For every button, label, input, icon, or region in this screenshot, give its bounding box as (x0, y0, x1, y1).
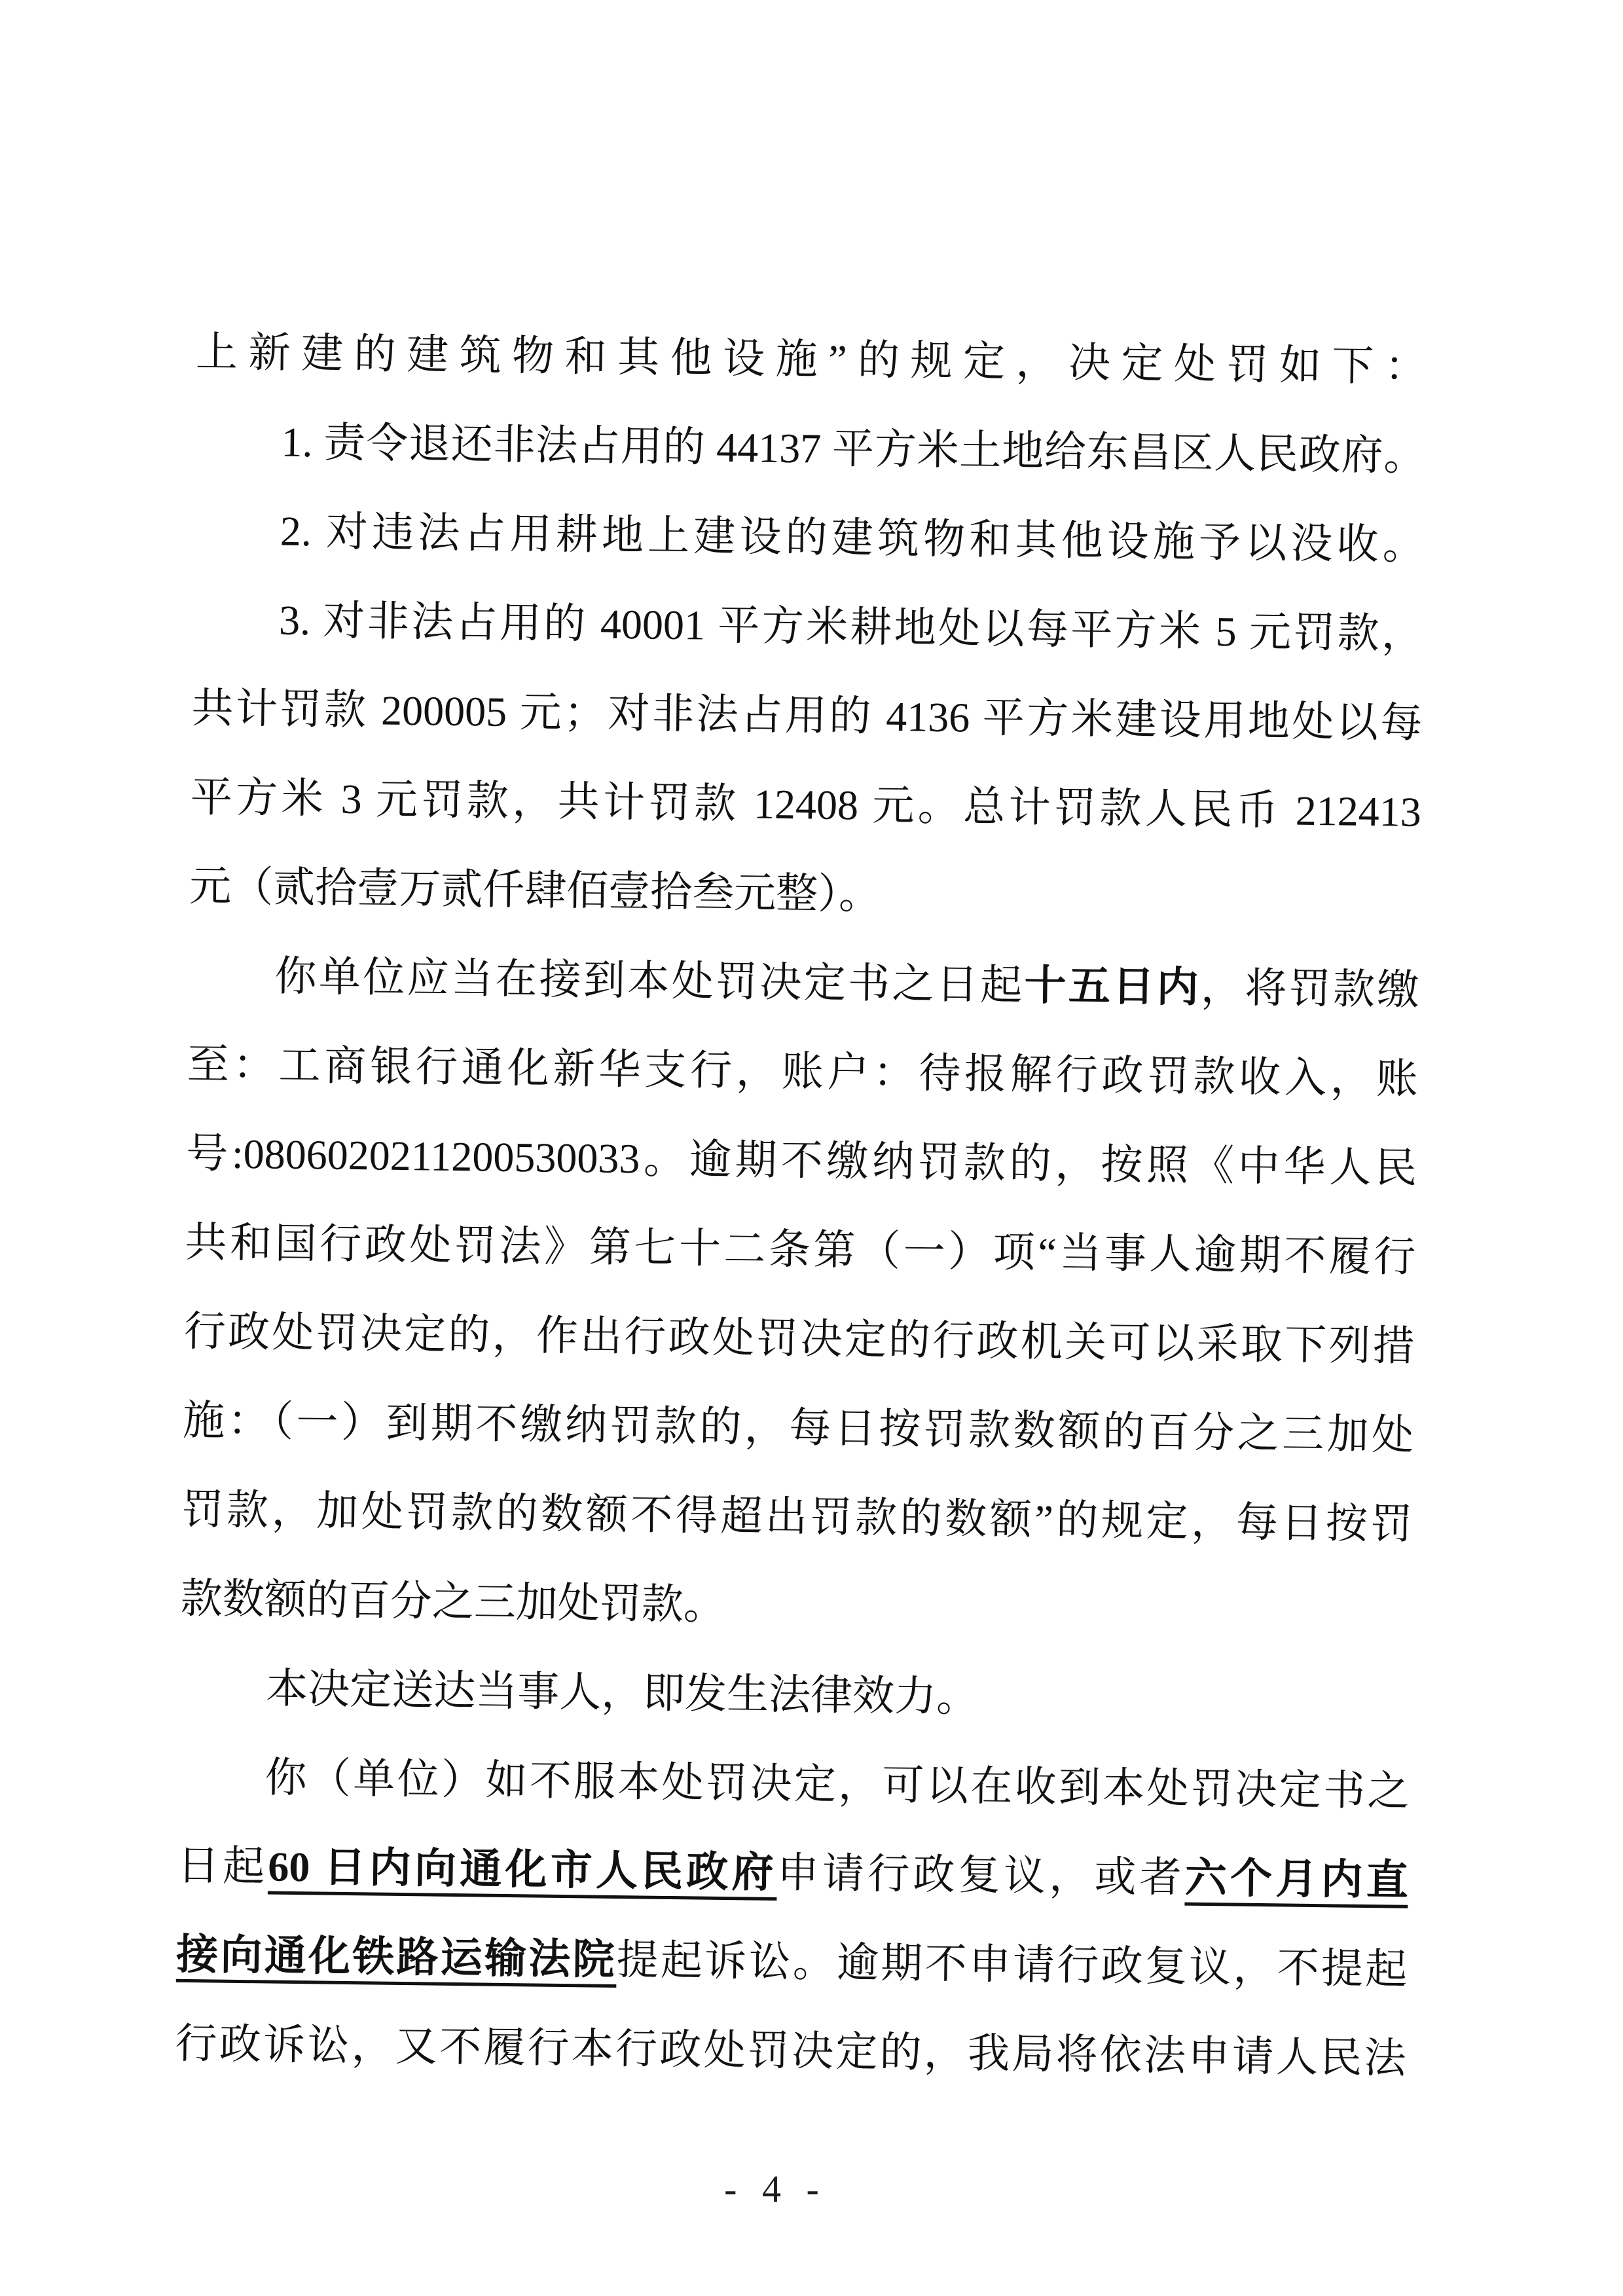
text-line: 3. 对非法占用的 40001 平方米耕地处以每平方米 5 元罚款， (192, 575, 1424, 679)
text-line: 日起60 日内向通化市人民政府申请行政复议，或者六个月内直 (177, 1821, 1409, 1925)
text-line: 你（单位）如不服本处罚决定，可以在收到本处罚决定书之 (178, 1732, 1410, 1836)
text-line: 行政诉讼，又不履行本行政处罚决定的，我局将依法申请人民法 (175, 1999, 1407, 2104)
text-segment: 行政诉讼，又不履行本行政处罚决定的，我局将依法申请人民法 (175, 2020, 1406, 2082)
emphasized-text: 十五日内 (1024, 962, 1201, 1011)
text-line: 元（贰拾壹万贰仟肆佰壹拾叁元整）。 (189, 842, 1421, 946)
text-segment: 申请行政复议，或者 (776, 1850, 1185, 1901)
scanned-document-page: 上新建的建筑物和其他设施”的规定，决定处罚如下：1. 责令退还非法占用的 441… (0, 0, 1623, 2296)
text-line: 平方米 3 元罚款，共计罚款 12408 元。总计罚款人民币 212413 (190, 753, 1422, 857)
text-segment: ，将罚款缴 (1201, 964, 1419, 1013)
text-segment: 本决定送达当事人，即发生法律效力。 (266, 1665, 979, 1720)
text-segment: 行政处罚决定的，作出行政处罚决定的行政机关可以采取下列措 (183, 1308, 1415, 1370)
text-line: 本决定送达当事人，即发生法律效力。 (179, 1643, 1411, 1747)
text-segment: 你（单位）如不服本处罚决定，可以在收到本处罚决定书之 (264, 1754, 1410, 1814)
text-line: 罚款，加处罚款的数额不得超出罚款的数额”的规定，每日按罚 (181, 1465, 1413, 1569)
page-number: - 4 - (0, 2167, 1551, 2211)
text-segment: 共和国行政处罚法》第七十二条第（一）项“当事人逾期不履行 (185, 1219, 1416, 1281)
text-segment: 号:0806020211200530033。逾期不缴纳罚款的，按照《中华人民 (186, 1130, 1417, 1192)
emphasized-text: 六个月内直 (1184, 1855, 1408, 1904)
text-segment: 提起诉讼。逾期不申请行政复议，不提起 (616, 1937, 1407, 1993)
text-segment: 款数额的百分之三加处罚款。 (180, 1575, 725, 1628)
text-line: 施：（一）到期不缴纳罚款的，每日按罚款数额的百分之三加处 (182, 1376, 1414, 1480)
emphasized-text: 接向通化铁路运输法院 (176, 1931, 617, 1983)
text-segment: 共计罚款 200005 元；对非法占用的 4136 平方米建设用地处以每 (191, 685, 1423, 746)
document-body: 上新建的建筑物和其他设施”的规定，决定处罚如下：1. 责令退还非法占用的 441… (175, 308, 1427, 2104)
emphasized-text: 60 日内向通化市人民政府 (268, 1844, 777, 1896)
text-line: 共和国行政处罚法》第七十二条第（一）项“当事人逾期不履行 (185, 1198, 1417, 1302)
text-segment: 上新建的建筑物和其他设施”的规定，决定处罚如下： (196, 329, 1427, 390)
text-line: 共计罚款 200005 元；对非法占用的 4136 平方米建设用地处以每 (191, 664, 1423, 768)
text-segment: 施：（一）到期不缴纳罚款的，每日按罚款数额的百分之三加处 (183, 1397, 1414, 1459)
text-line: 行政处罚决定的，作出行政处罚决定的行政机关可以采取下列措 (183, 1287, 1415, 1391)
text-segment: 罚款，加处罚款的数额不得超出罚款的数额”的规定，每日按罚 (181, 1486, 1413, 1548)
text-segment: 日起 (177, 1842, 268, 1890)
text-segment: 1. 责令退还非法占用的 44137 平方米土地给东昌区人民政府。 (281, 419, 1426, 479)
text-line: 号:0806020211200530033。逾期不缴纳罚款的，按照《中华人民 (185, 1109, 1417, 1213)
text-segment: 元（贰拾壹万贰仟肆佰壹拾叁元整）。 (189, 863, 881, 918)
text-segment: 2. 对违法占用耕地上建设的建筑物和其他设施予以没收。 (280, 508, 1425, 568)
text-segment: 平方米 3 元罚款，共计罚款 12408 元。总计罚款人民币 212413 (190, 774, 1421, 835)
text-line: 你单位应当在接到本处罚决定书之日起十五日内，将罚款缴 (188, 931, 1420, 1035)
text-line: 上新建的建筑物和其他设施”的规定，决定处罚如下： (195, 308, 1427, 412)
text-segment: 至：工商银行通化新华支行，账户：待报解行政罚款收入，账 (187, 1041, 1418, 1102)
text-segment: 3. 对非法占用的 40001 平方米耕地处以每平方米 5 元罚款， (279, 597, 1424, 657)
text-line: 1. 责令退还非法占用的 44137 平方米土地给东昌区人民政府。 (194, 397, 1427, 501)
text-line: 接向通化铁路运输法院提起诉讼。逾期不申请行政复议，不提起 (175, 1910, 1408, 2014)
text-line: 款数额的百分之三加处罚款。 (180, 1554, 1412, 1658)
text-line: 2. 对违法占用耕地上建设的建筑物和其他设施予以没收。 (193, 486, 1425, 590)
text-segment: 你单位应当在接到本处罚决定书之日起 (274, 953, 1025, 1009)
text-line: 至：工商银行通化新华支行，账户：待报解行政罚款收入，账 (187, 1020, 1419, 1124)
